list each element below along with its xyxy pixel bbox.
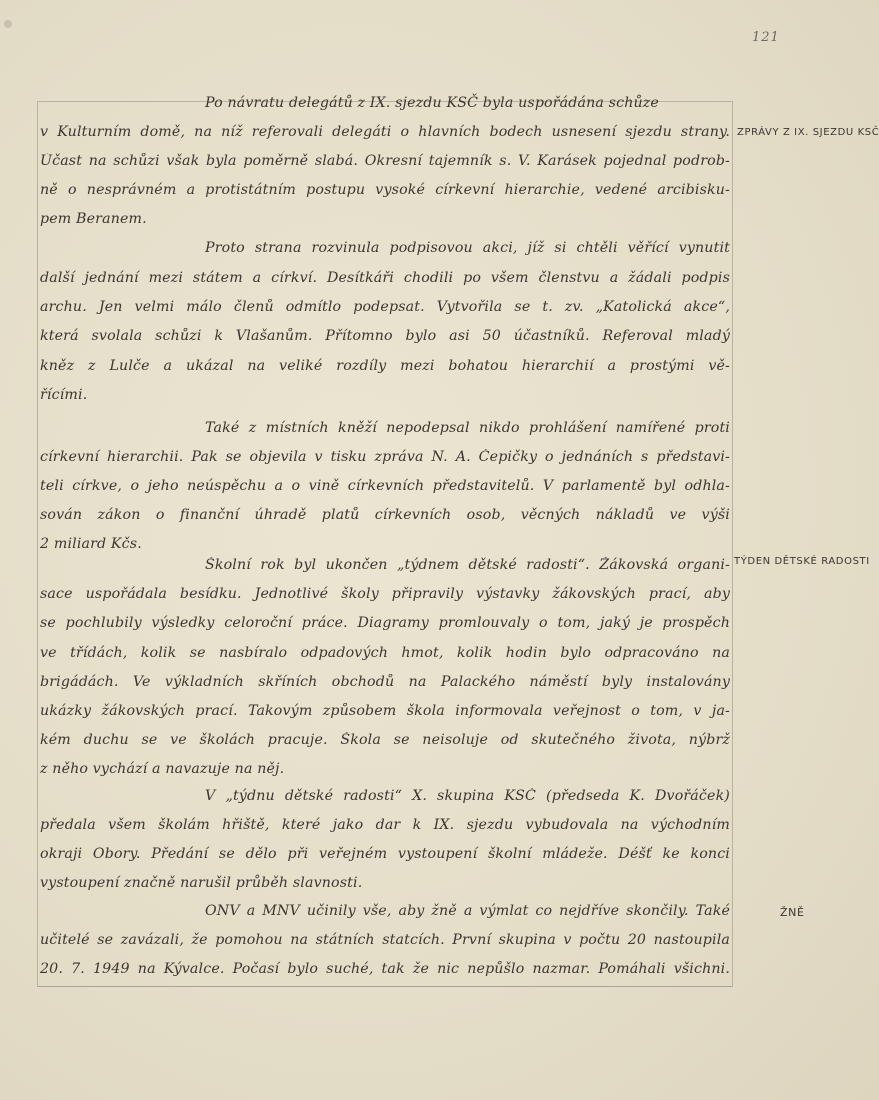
- text-line: teli církve, o jeho neúspěchu a o vině c…: [40, 478, 730, 500]
- margin-note-tyden: Týden dětské radosti: [734, 556, 870, 567]
- text-line: ONV a MNV učinily vše, aby žně a výmlat …: [205, 903, 730, 925]
- text-line: se pochlubily výsledky celoroční práce. …: [40, 615, 730, 637]
- text-line: ve třídách, kolik se nasbíralo odpadovýc…: [40, 645, 730, 667]
- text-line: kém duchu se ve školách pracuje. Škola s…: [40, 732, 730, 754]
- text-line: 20. 7. 1949 na Kývalce. Počasí bylo such…: [40, 961, 730, 983]
- text-line: V „týdnu dětské radosti“ X. skupina KSČ …: [205, 788, 730, 810]
- text-line: brigádách. Ve výkladních skříních obchod…: [40, 674, 730, 696]
- text-line: pem Beranem.: [40, 211, 730, 227]
- text-line: Školní rok byl ukončen „týdnem dětské ra…: [205, 557, 730, 579]
- text-line: okraji Obory. Předání se dělo při veřejn…: [40, 846, 730, 868]
- text-line: archu. Jen velmi málo členů odmítlo pode…: [40, 299, 730, 321]
- paper-stain: [4, 20, 12, 28]
- text-line: řícími.: [40, 387, 730, 403]
- text-line: v Kulturním domě, na níž referovali dele…: [40, 124, 730, 146]
- text-line: sace uspořádala besídku. Jednotlivé škol…: [40, 586, 730, 608]
- text-line: 2 miliard Kčs.: [40, 536, 730, 552]
- text-line: církevní hierarchii. Pak se objevila v t…: [40, 449, 730, 471]
- text-line: předala všem školám hřiště, které jako d…: [40, 817, 730, 839]
- text-line: další jednání mezi státem a církví. Desí…: [40, 270, 730, 292]
- text-line: učitelé se zavázali, že pomohou na státn…: [40, 932, 730, 954]
- text-line: Po návratu delegátů z IX. sjezdu KSČ byl…: [205, 95, 730, 111]
- text-line: ně o nesprávném a protistátním postupu v…: [40, 182, 730, 204]
- text-line: Také z místních kněží nepodepsal nikdo p…: [205, 420, 730, 442]
- page-number: 121: [752, 30, 780, 45]
- margin-note-sjezd: Zprávy z IX. sjezdu KSČ: [737, 127, 879, 138]
- text-line: sován zákon o finanční úhradě platů círk…: [40, 507, 730, 529]
- text-line: vystoupení značně narušil průběh slavnos…: [40, 875, 730, 891]
- text-line: která svolala schůzi k Vlašanům. Přítomn…: [40, 328, 730, 350]
- text-line: Proto strana rozvinula podpisovou akci, …: [205, 240, 730, 262]
- margin-note-zne: Žně: [780, 906, 805, 919]
- text-line: kněz z Lulče a ukázal na veliké rozdíly …: [40, 358, 730, 380]
- text-line: Účast na schůzi však byla poměrně slabá.…: [40, 153, 730, 175]
- text-line: z něho vychází a navazuje na něj.: [40, 761, 730, 777]
- text-line: ukázky žákovských prací. Takovým způsobe…: [40, 703, 730, 725]
